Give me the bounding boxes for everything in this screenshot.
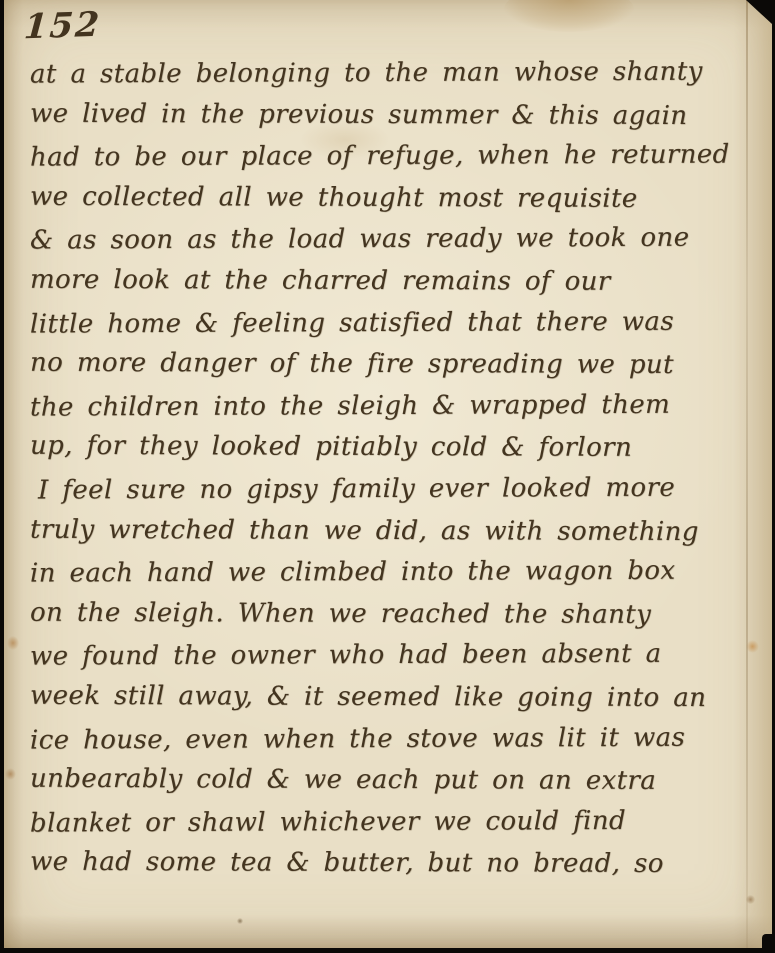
- manuscript-line: at a stable belonging to the man whose s…: [30, 51, 746, 96]
- manuscript-line: we collected all we thought most requisi…: [30, 177, 746, 221]
- manuscript-text: at a stable belonging to the man whose s…: [30, 53, 746, 885]
- manuscript-line: week still away, & it seemed like going …: [30, 676, 746, 720]
- manuscript-line: had to be our place of refuge, when he r…: [30, 135, 746, 180]
- photo-corner-shadow: [746, 0, 772, 24]
- foxing-spot: [7, 636, 19, 650]
- paper-stain: [504, 0, 634, 32]
- manuscript-line: on the sleigh. When we reached the shant…: [30, 592, 746, 636]
- foxing-spot: [237, 918, 243, 924]
- foxing-spot: [5, 768, 16, 780]
- page-edge-crease: [746, 0, 748, 948]
- manuscript-line: we lived in the previous summer & this a…: [30, 93, 746, 137]
- manuscript-line: the children into the sleigh & wrapped t…: [30, 384, 746, 429]
- page-number: 152: [23, 5, 103, 48]
- manuscript-line: & as soon as the load was ready we took …: [30, 218, 746, 263]
- photo-corner-shadow-bottom: [762, 934, 772, 948]
- manuscript-line: no more danger of the fire spreading we …: [30, 343, 746, 387]
- manuscript-line: I feel sure no gipsy family ever looked …: [30, 467, 746, 512]
- manuscript-page: 152 at a stable belonging to the man who…: [4, 0, 772, 948]
- manuscript-line: we found the owner who had been absent a: [30, 634, 746, 679]
- manuscript-line: blanket or shawl whichever we could find: [30, 800, 746, 845]
- manuscript-line: more look at the charred remains of our: [30, 260, 746, 304]
- page-edge-shading: [748, 0, 772, 948]
- manuscript-line: in each hand we climbed into the wagon b…: [30, 551, 746, 596]
- manuscript-line: we had some tea & butter, but no bread, …: [30, 842, 746, 886]
- manuscript-line: truly wretched than we did, as with some…: [30, 509, 746, 553]
- manuscript-line: up, for they looked pitiably cold & forl…: [30, 426, 746, 470]
- manuscript-line: unbearably cold & we each put on an extr…: [30, 759, 746, 803]
- manuscript-line: ice house, even when the stove was lit i…: [30, 717, 746, 762]
- manuscript-line: little home & feeling satisfied that the…: [30, 301, 746, 346]
